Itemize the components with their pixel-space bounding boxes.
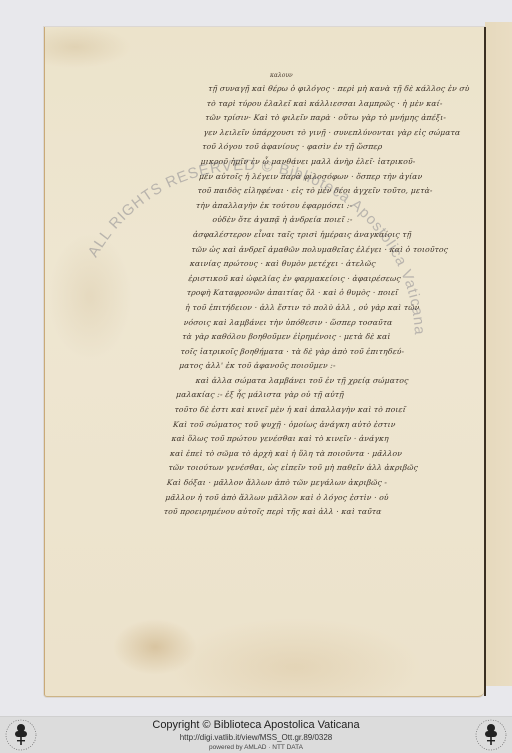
page-heading: καλουν	[270, 72, 293, 79]
manuscript-line: τοῦτο δὲ ἐστι καὶ κινεῖ μὲν ἡ καὶ ἀπαλλα…	[174, 403, 446, 418]
manuscript-line: τὰ γὰρ καθόλου βοηθοῦμεν ἐἰρημένοις · με…	[181, 330, 453, 345]
powered-by-text: powered by AMLAD · NTT DATA	[0, 743, 512, 752]
manuscript-line: γεν λειλεῖν ὑπάρχουσι τὸ γινῇ · συνεπλύν…	[203, 126, 475, 141]
manuscript-line: τοῖς ἰατρικοῖς βοηθήματα · τὰ δὲ γὰρ ἀπὸ…	[180, 345, 452, 360]
manuscript-line: ματος ἀλλ' ἐκ τοῦ ἀφανοῦς ποιοῦμεν :-	[178, 359, 450, 374]
vatican-library-emblem-icon	[474, 718, 508, 752]
manuscript-line: καινίας πρώτους · καὶ θυμὸν μετέχει · ἀτ…	[189, 257, 461, 272]
page-fold-edge	[484, 27, 486, 696]
manuscript-line: καὶ ἀλλα σώματα λαμβάνει τοῦ ἐν τῇ χρείᾳ…	[177, 374, 449, 389]
manuscript-line: νόσοις καὶ λαμβάνει τὴν ὑπόθεσιν · ὥσπερ…	[183, 316, 455, 331]
manuscript-line: ἐριστικοῦ καὶ ὠφελίας ἐν φαρμακείοις · ἀ…	[188, 272, 460, 287]
manuscript-line: καὶ ἐπεὶ τὸ σῶμα τὸ ἀρχὴ καὶ ἡ ὕλη τὰ πο…	[169, 447, 441, 462]
manuscript-line: οὐδὲν ὅτε ἀγαπᾷ ἡ ἀνδρεία ποιεῖ :-	[194, 213, 466, 228]
manuscript-line: Καὶ δόξαι · μᾶλλον ἄλλων ἀπὸ τῶν μεγάλων…	[166, 476, 438, 491]
manuscript-line: καὶ ὅλως τοῦ πρώτου γενέσθαι καὶ τὸ κινε…	[171, 432, 443, 447]
manuscript-line: τῶν ὡς καὶ ἀνδρεῖ ἀμαθῶν πολυμαθεῖας ἐλέ…	[191, 243, 463, 258]
manuscript-line: τοῦ προειρημένου αὐτοῖς περὶ τῆς καὶ ἀλλ…	[163, 505, 435, 520]
footer: Copyright © Biblioteca Apostolica Vatica…	[0, 716, 512, 753]
manuscript-line: τῶν τοιούτων γενέσθαι, ὡς εἰπεῖν τοῦ μὴ …	[168, 461, 440, 476]
manuscript-line: τῶν τρίσιν· Καὶ τὸ φιλεῖν παρὰ · οὕτω γὰ…	[204, 111, 476, 126]
manuscript-line: μαλακίας :- ἐξ ἧς μάλιστα γὰρ οὐ τῇ αὐτῇ	[175, 388, 447, 403]
manuscript-text: τῇ συναγῇ καὶ θέρω ὁ φιλόγος · περὶ μὴ κ…	[163, 82, 479, 520]
manuscript-line: μικροῦ ἡμῖν ἐν ᾧ μανθάνει μαλλ ἀνὴρ ἐλεῖ…	[200, 155, 472, 170]
image-viewer[interactable]: καλουν τῇ συναγῇ καὶ θέρω ὁ φιλόγος · πε…	[0, 0, 512, 716]
manuscript-line: τροφὴ Καταφρονῶν ἀπαιτίας ὅλ · καὶ ὁ θυμ…	[186, 286, 458, 301]
copyright-text: Copyright © Biblioteca Apostolica Vatica…	[0, 719, 512, 732]
manuscript-line: τοῦ λόγου τοῦ ἀφανίους · φασὶν ἐν τῇ ὥσπ…	[201, 140, 473, 155]
manuscript-line: μᾶλλον ἡ τοῦ ἀπὸ ἄλλων μᾶλλον καὶ ὁ λόγο…	[165, 491, 437, 506]
manuscript-line: Καὶ τοῦ σώματος τοῦ ψυχῇ · ὁμοίως ἀνάγκη…	[172, 418, 444, 433]
vatican-library-emblem-icon	[4, 718, 38, 752]
manuscript-line: τὸ ταρὶ τύρου ἐλαλεῖ καὶ κάλλιεσσαι λαμπ…	[206, 97, 478, 112]
manuscript-line: τοῦ παιδὸς εἰληφέναι · εἰς τὸ μὲν δέοι ἀ…	[197, 184, 469, 199]
permalink-url[interactable]: http://digi.vatlib.it/view/MSS_Ott.gr.89…	[0, 732, 512, 743]
manuscript-line: τὴν ἀπαλλαγὴν ἐκ τούτου ἐφαρμόσει :-	[195, 199, 467, 214]
manuscript-line: μὲν αὐτοῖς ἡ λέγειν παρὰ φιλοσόφων · ὅσπ…	[198, 170, 470, 185]
adjacent-page-edge	[485, 22, 512, 686]
manuscript-line: τῇ συναγῇ καὶ θέρω ὁ φιλόγος · περὶ μὴ κ…	[207, 82, 479, 97]
manuscript-line: ἀσφαλέστερον εἶναι ταῖς τρισὶ ἡμέραις ἀν…	[192, 228, 464, 243]
manuscript-line: ἡ τοῦ ἐπιτήδειον · ἀλλ ἔστιν τὸ πολὺ ἀλλ…	[184, 301, 456, 316]
